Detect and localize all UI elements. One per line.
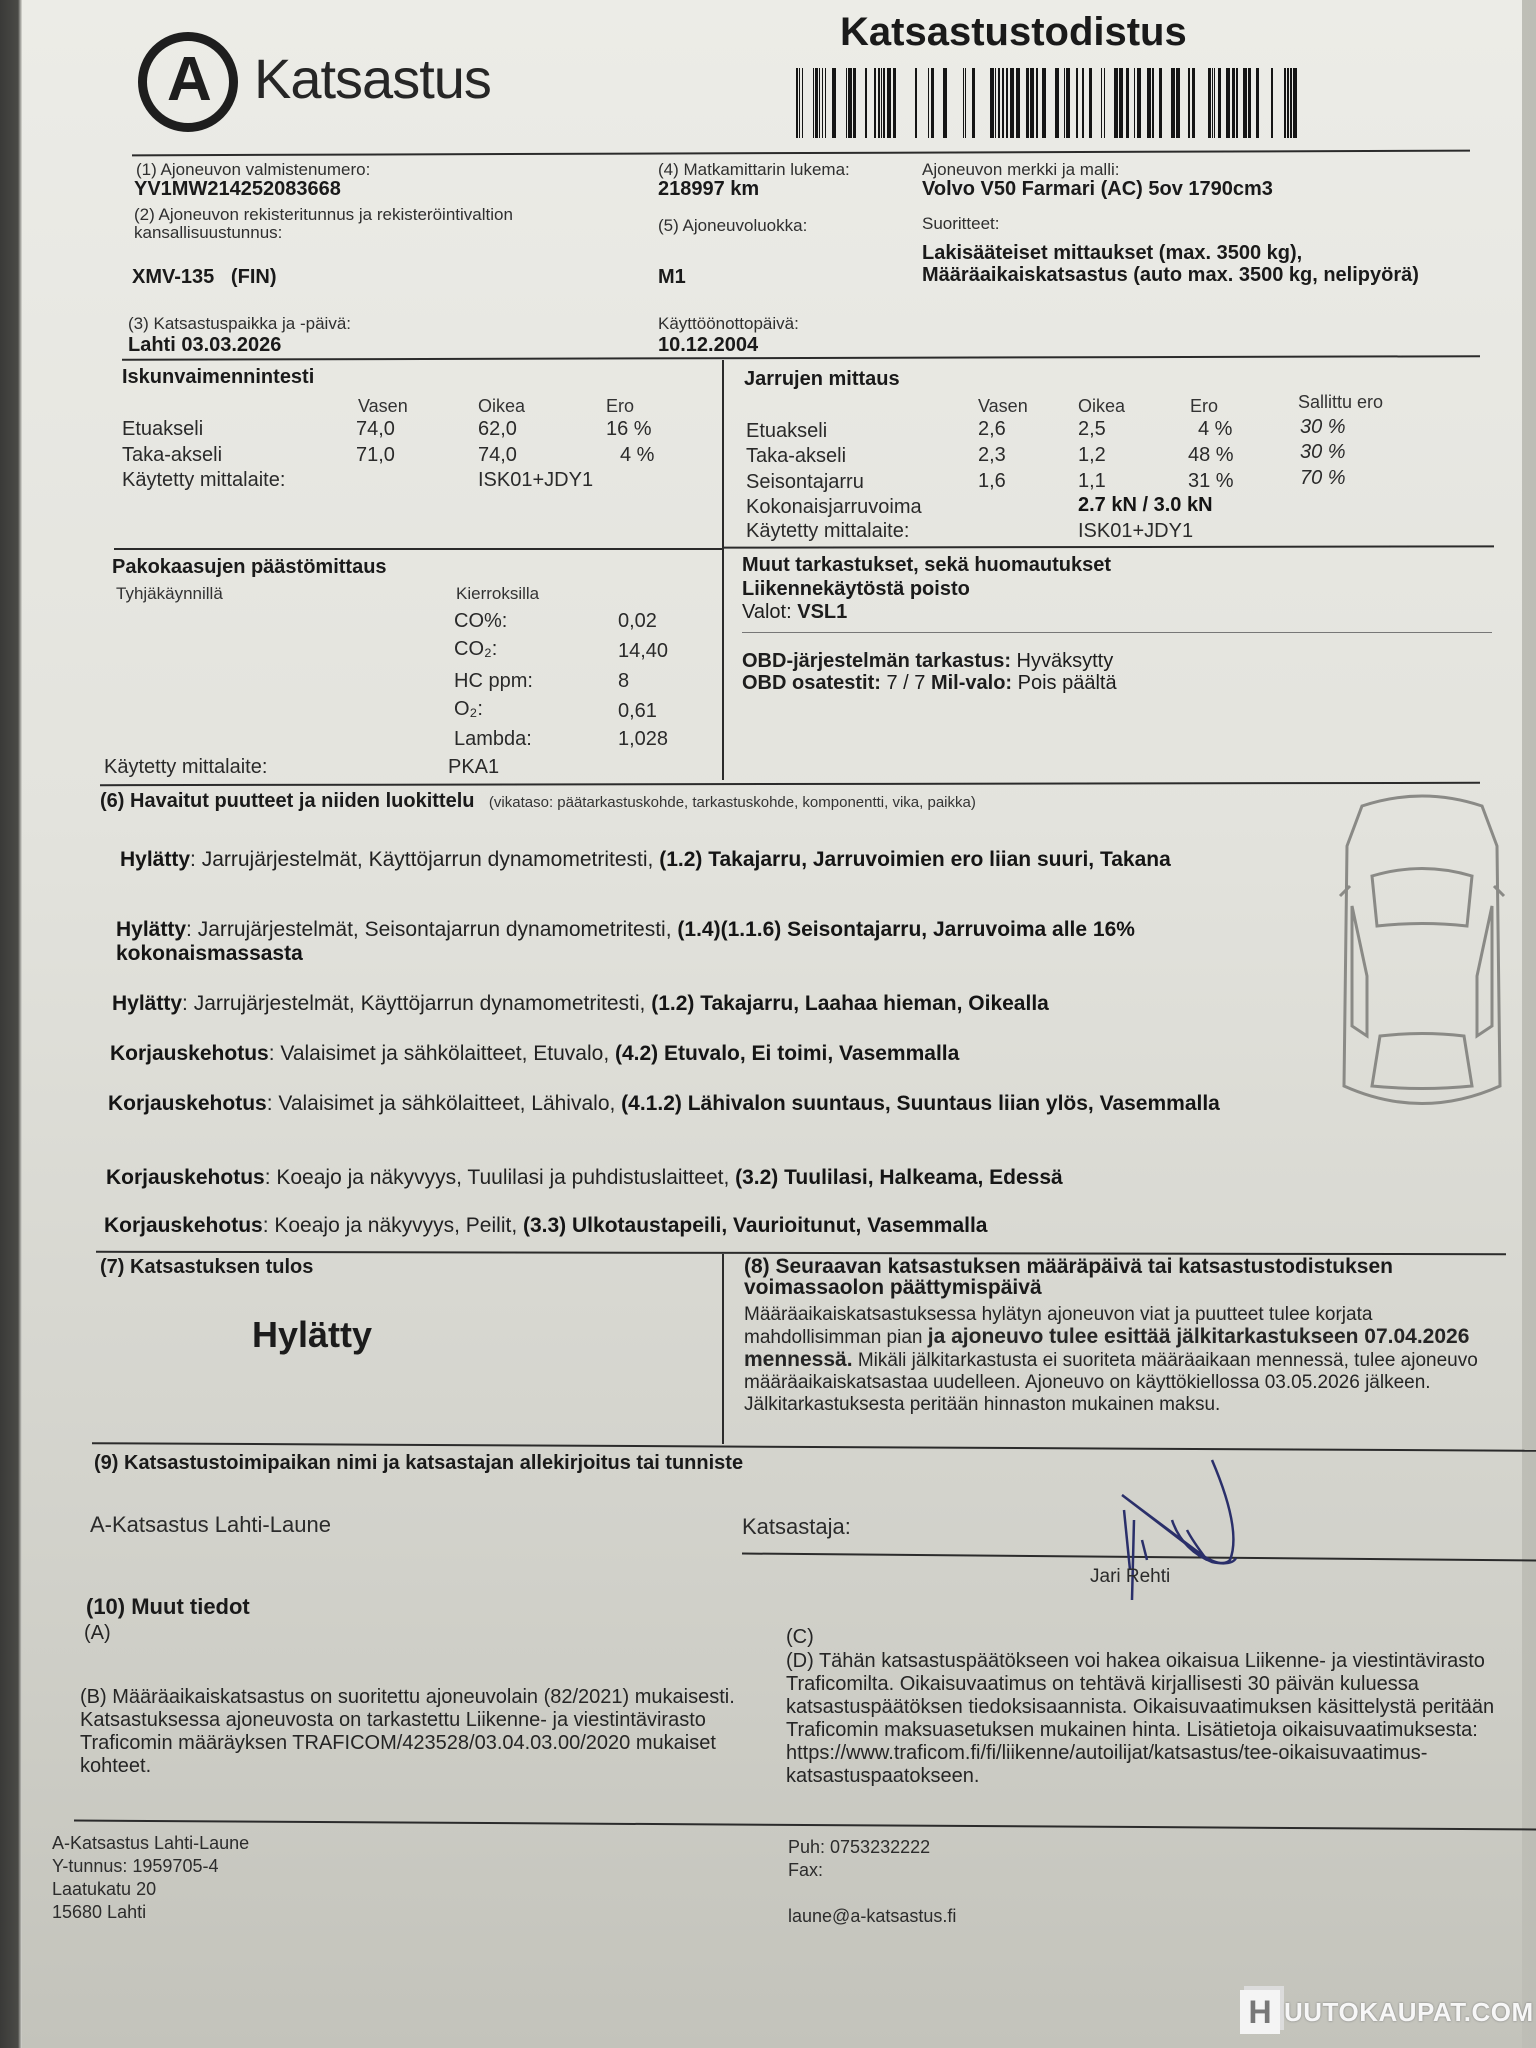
services-label: Suoritteet: [922,214,1000,234]
footer-street: Laatukatu 20 [52,1878,249,1901]
vin-value: YV1MW214252083668 [134,178,341,201]
make-model-value: Volvo V50 Farmari (AC) 5ov 1790cm3 [922,178,1273,201]
place-date-value: Lahti 03.03.2026 [128,334,281,357]
defect-detail: (4.1.2) Lähivalon suuntaus, Suuntaus lii… [621,1092,1220,1115]
a-katsastus-logo-icon: A [138,32,238,132]
row-left: 1,6 [978,470,1006,493]
brake-device-value: ISK01+JDY1 [1078,520,1193,543]
emission-name: CO%: [454,610,507,633]
odometer-label: (4) Matkamittarin lukema: [658,160,850,180]
registration-label: (2) Ajoneuvon rekisteritunnus ja rekiste… [134,206,614,242]
emission-name: HC ppm: [454,670,533,693]
defect-item: Hylätty: Jarrujärjestelmät, Käyttöjarrun… [112,992,1292,1016]
idle-label: Tyhjäkäynnillä [116,584,223,604]
divider [92,1442,1536,1452]
row-right: 1,1 [1078,470,1106,493]
defect-category: : Koeajo ja näkyvyys, Peilit, [263,1214,523,1237]
lights-value: VSL1 [797,601,847,623]
row-diff: 4 % [1198,418,1232,441]
footer-fax: Fax: [788,1859,956,1882]
row-diff: 16 % [606,418,652,441]
row-name: Taka-akseli [122,444,222,467]
defect-category: : Valaisimet ja sähkölaitteet, Lähivalo, [267,1092,621,1115]
row-allowed: 70 % [1300,467,1346,490]
defect-level: Korjauskehotus [106,1166,265,1189]
column-divider [722,1254,724,1444]
brake-test-title: Jarrujen mittaus [744,368,900,391]
defect-item: Korjauskehotus: Koeajo ja näkyvyys, Tuul… [106,1166,1286,1190]
defects-subtitle: (vikataso: päätarkastuskohde, tarkastusk… [489,794,976,811]
defect-item: Korjauskehotus: Valaisimet ja sähkölaitt… [110,1042,1290,1066]
emission-name: Lambda: [454,728,532,751]
other-info-d: (D) Tähän katsastuspäätökseen voi hakea … [786,1650,1526,1788]
station-name: A-Katsastus Lahti-Laune [90,1512,331,1538]
row-allowed: 30 % [1300,416,1346,439]
row-left: 71,0 [356,444,395,467]
defect-item: Korjauskehotus: Valaisimet ja sähkölaitt… [108,1092,1288,1116]
obd-subtests-label: OBD osatestit: [742,672,881,694]
other-info-a: (A) [84,1622,111,1645]
lights-label: Valot: [742,601,792,623]
row-diff: 48 % [1188,444,1234,467]
result-title: (7) Katsastuksen tulos [100,1256,313,1279]
col-header-diff: Ero [606,396,634,417]
emissions-device-value: PKA1 [448,756,499,779]
row-name: Seisontajarru [746,471,864,494]
place-date-label: (3) Katsastuspaikka ja -päivä: [128,314,351,334]
document-title: Katsastustodistus [840,10,1187,55]
col-header-right: Oikea [1078,396,1125,417]
row-diff: 4 % [620,444,654,467]
defect-detail: (3.3) Ulkotaustapeili, Vaurioitunut, Vas… [523,1214,987,1237]
signature-section-title: (9) Katsastustoimipaikan nimi ja katsast… [94,1452,743,1475]
divider [724,545,1494,548]
col-header-diff: Ero [1190,396,1218,417]
shock-device-label: Käytetty mittalaite: [122,469,285,492]
defect-category: : Jarrujärjestelmät, Seisontajarrun dyna… [186,918,677,941]
total-brake-force-label: Kokonaisjarruvoima [746,496,922,519]
obd-subtests-line: OBD osatestit: 7 / 7 Mil-valo: Pois pääl… [742,672,1117,695]
footer-email[interactable]: laune@a-katsastus.fi [788,1905,956,1928]
emissions-device-label: Käytetty mittalaite: [104,756,267,779]
defect-detail: (1.2) Takajarru, Laahaa hieman, Oikealla [651,992,1049,1015]
emission-name: O₂: [454,698,483,721]
traffic-removal-text: Liikennekäytöstä poisto [742,578,970,601]
mil-label: Mil-valo: [931,672,1012,694]
row-left: 2,6 [978,418,1006,441]
divider [74,1820,1536,1831]
emission-value: 1,028 [618,728,668,751]
divider [100,782,1480,786]
total-brake-force-value: 2.7 kN / 3.0 kN [1078,494,1213,517]
other-info-title: (10) Muut tiedot [86,1594,250,1620]
lights-line: Valot: VSL1 [742,601,847,624]
first-use-label: Käyttöönottopäivä: [658,314,799,334]
vin-label: (1) Ajoneuvon valmistenumero: [136,160,370,180]
make-model-label: Ajoneuvon merkki ja malli: [922,160,1119,180]
obd-check-line: OBD-järjestelmän tarkastus: Hyväksytty [742,650,1113,673]
row-right: 74,0 [478,444,517,467]
watermark-text: UUTOKAUPAT.COM [1284,1997,1534,2028]
defect-item: Hylätty: Jarrujärjestelmät, Käyttöjarrun… [120,848,1300,872]
other-info-c: (C) [786,1626,814,1649]
odometer-value: 218997 km [658,178,759,201]
row-name: Etuakseli [746,420,827,443]
emissions-title: Pakokaasujen päästömittaus [112,556,387,579]
defect-level: Hylätty [116,918,186,941]
divider [132,150,1470,157]
defect-level: Hylätty [112,992,182,1015]
defect-level: Hylätty [120,848,190,871]
defect-level: Korjauskehotus [108,1092,267,1115]
row-diff: 31 % [1188,470,1234,493]
obd-label: OBD-järjestelmän tarkastus: [742,650,1011,672]
footer-company: A-Katsastus Lahti-Laune [52,1832,249,1855]
defect-item: Hylätty: Jarrujärjestelmät, Seisontajarr… [116,918,1296,966]
obd-subtests-value: 7 / 7 [886,672,925,694]
col-header-left: Vasen [978,396,1028,417]
defect-detail: (4.2) Etuvalo, Ei toimi, Vasemmalla [615,1042,959,1065]
vehicle-class-value: M1 [658,266,686,289]
row-right: 2,5 [1078,418,1106,441]
footer-address: A-Katsastus Lahti-Laune Y-tunnus: 195970… [52,1832,249,1924]
footer-phone: Puh: 0753232222 [788,1836,956,1859]
footer-city: 15680 Lahti [52,1901,249,1924]
emission-name: CO₂: [454,638,497,661]
defect-level: Korjauskehotus [110,1042,269,1065]
emission-value: 0,61 [618,700,657,723]
inspection-certificate: A Katsastus Katsastustodistus (1) Ajoneu… [22,0,1522,2048]
other-info-b: (B) Määräaikaiskatsastus on suoritettu a… [80,1686,760,1778]
next-inspection-text-2: Mikäli jälkitarkastusta ei suoriteta mää… [744,1350,1478,1415]
first-use-value: 10.12.2004 [658,334,758,357]
row-allowed: 30 % [1300,441,1346,464]
defect-level: Korjauskehotus [104,1214,263,1237]
defect-item: Korjauskehotus: Koeajo ja näkyvyys, Peil… [104,1214,1284,1238]
defects-title: (6) Havaitut puutteet ja niiden luokitte… [100,790,474,812]
mil-value: Pois päältä [1018,672,1117,694]
car-diagram-icon [1322,786,1522,1126]
defects-header: (6) Havaitut puutteet ja niiden luokitte… [100,790,976,813]
defect-detail: (1.2) Takajarru, Jarruvoimien ero liian … [659,848,1171,871]
divider [742,632,1492,633]
defect-category: : Valaisimet ja sähkölaitteet, Etuvalo, [269,1042,615,1065]
divider [114,548,724,550]
footer-contact: Puh: 0753232222 Fax: laune@a-katsastus.f… [788,1836,956,1928]
rpm-label: Kierroksilla [456,584,539,604]
defect-category: : Koeajo ja näkyvyys, Tuulilasi ja puhdi… [265,1166,735,1189]
brake-device-label: Käytetty mittalaite: [746,520,909,543]
defect-category: : Jarrujärjestelmät, Käyttöjarrun dynamo… [190,848,659,871]
shock-test-title: Iskunvaimennintesti [122,366,314,389]
row-left: 74,0 [356,418,395,441]
column-divider [722,360,724,780]
footer-business-id: Y-tunnus: 1959705-4 [52,1855,249,1878]
inspector-name: Jari Rehti [1090,1566,1170,1588]
brand-name: Katsastus [254,46,491,111]
emission-value: 8 [618,670,629,693]
row-right: 1,2 [1078,444,1106,467]
result-value: Hylätty [252,1314,372,1356]
inspector-label: Katsastaja: [742,1514,851,1540]
vehicle-class-label: (5) Ajoneuvoluokka: [658,216,807,236]
col-header-right: Oikea [478,396,525,417]
row-name: Etuakseli [122,418,203,441]
huutokaupat-watermark: H UUTOKAUPAT.COM [1240,1990,1534,2034]
divider [122,355,1480,361]
barcode-icon [796,68,1306,138]
emission-value: 0,02 [618,610,657,633]
obd-value: Hyväksytty [1017,650,1114,672]
watermark-logo-icon: H [1240,1990,1280,2034]
row-left: 2,3 [978,444,1006,467]
defect-category: : Jarrujärjestelmät, Käyttöjarrun dynamo… [182,992,651,1015]
col-header-left: Vasen [358,396,408,417]
row-name: Taka-akseli [746,445,846,468]
next-inspection-title: (8) Seuraavan katsastuksen määräpäivä ta… [744,1256,1534,1298]
next-inspection-text: Määräaikaiskatsastuksessa hylätyn ajoneu… [744,1304,1504,1416]
defect-detail: (3.2) Tuulilasi, Halkeama, Edessä [735,1166,1063,1189]
row-right: 62,0 [478,418,517,441]
shock-device-value: ISK01+JDY1 [478,469,593,492]
other-checks-title: Muut tarkastukset, sekä huomautukset [742,554,1111,577]
col-header-allowed: Sallittu ero [1298,392,1383,413]
registration-value: XMV-135 (FIN) [132,266,276,289]
services-value: Lakisääteiset mittaukset (max. 3500 kg),… [922,242,1422,286]
emission-value: 14,40 [618,640,668,663]
